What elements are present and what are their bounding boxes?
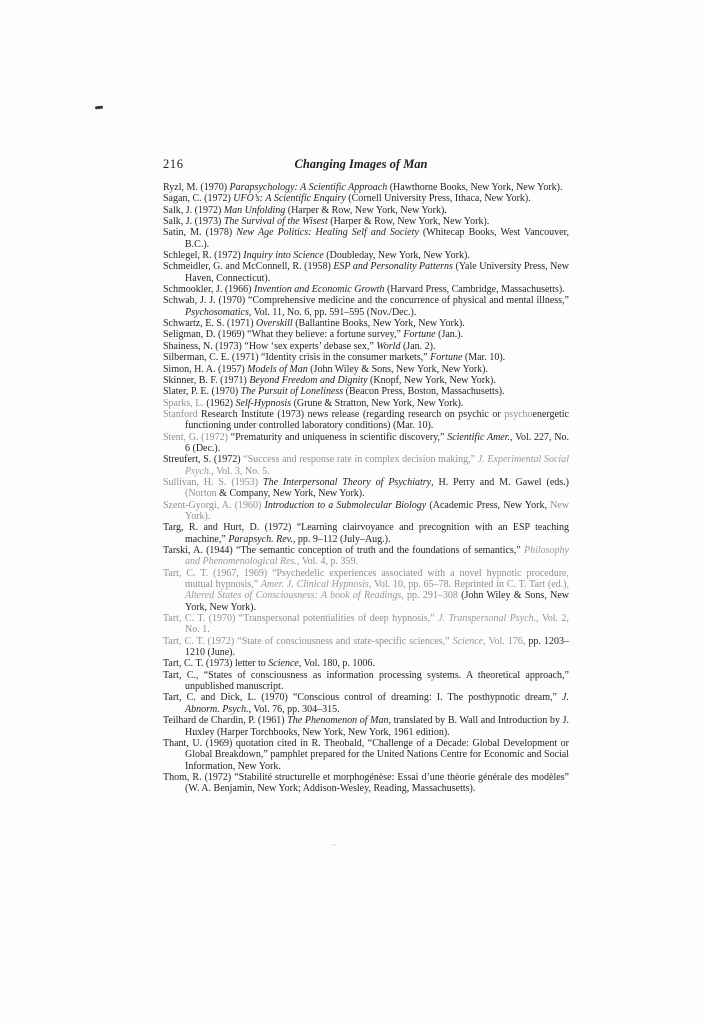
reference-text-segment: (John Wiley & Sons, New York, New York). <box>308 364 488 375</box>
page-header: 216 Changing Images of Man <box>163 157 569 172</box>
scan-squiggle-mark: ~ <box>330 840 336 851</box>
reference-text-segment: J. Transpersonal Psych. <box>438 613 536 624</box>
reference-text-segment: Thant, U. (1969) quotation cited in R. T… <box>163 738 569 772</box>
reference-entry: Tart, C. T. (1970) “Transpersonal potent… <box>163 613 569 636</box>
scan-smudge-mark <box>95 106 103 109</box>
reference-entry: Stent, G. (1972) “Prematurity and unique… <box>163 432 569 455</box>
reference-text-segment: Schmookler, J. (1966) <box>163 284 254 295</box>
reference-text-segment: Tart, C., “States of consciousness as in… <box>163 670 569 692</box>
reference-text-segment: Schlegel, R. (1972) <box>163 250 243 261</box>
reference-text-segment: (Beacon Press, Boston, Massachusetts). <box>343 386 504 397</box>
reference-entry: Teilhard de Chardin, P. (1961) The Pheno… <box>163 715 569 738</box>
reference-text-segment: Salk, J. (1973) <box>163 216 224 227</box>
reference-entry: Tart, C., “States of consciousness as in… <box>163 670 569 693</box>
running-title: Changing Images of Man <box>203 157 519 172</box>
reference-entry: Tart, C. and Dick, L. (1970) “Conscious … <box>163 692 569 715</box>
reference-text-segment: Schwartz, E. S. (1971) <box>163 318 256 329</box>
reference-text-segment: New Age Politics: Healing Self and Socie… <box>236 227 419 238</box>
reference-entry: Ryzl, M. (1970) Parapsychology: A Scient… <box>163 182 569 193</box>
page-number: 216 <box>163 157 184 172</box>
reference-text-segment: Parapsych. Rev. <box>228 534 293 545</box>
reference-text-segment: (Norton <box>185 488 219 499</box>
reference-text-segment: Schwab, J. J. (1970) “Comprehensive medi… <box>163 295 569 306</box>
reference-entry: Streufert, S. (1972) “Success and respon… <box>163 454 569 477</box>
reference-text-segment: The Survival of the Wisest <box>224 216 328 227</box>
reference-text-segment: , H. Perry and M. Gawel (eds.) <box>431 477 569 488</box>
reference-text-segment: Stanford <box>163 409 201 420</box>
reference-text-segment: Models of Man <box>247 364 308 375</box>
reference-text-segment: Teilhard de Chardin, P. (1961) <box>163 715 287 726</box>
reference-text-segment: World <box>376 341 400 352</box>
reference-text-segment: (Harper & Row, New York, New York). <box>328 216 490 227</box>
reference-entry: Schmookler, J. (1966) Invention and Econ… <box>163 284 569 295</box>
reference-text-segment: Thom, R. (1972) “Stabilité structurelle … <box>163 772 569 794</box>
reference-entry: Skinner, B. F. (1971) Beyond Freedom and… <box>163 375 569 386</box>
reference-text-segment: Szent-Gyorgi, A. (1960) <box>163 500 265 511</box>
reference-text-segment: ESP and Personality Patterns <box>333 261 453 272</box>
reference-entry: Schwartz, E. S. (1971) Overskill (Ballan… <box>163 318 569 329</box>
reference-text-segment: Tart, C. T. (1973) letter to <box>163 658 268 669</box>
reference-entry: Thant, U. (1969) quotation cited in R. T… <box>163 738 569 772</box>
reference-list: Ryzl, M. (1970) Parapsychology: A Scient… <box>163 182 569 795</box>
reference-text-segment: Silberman, C. E. (1971) “Identity crisis… <box>163 352 430 363</box>
reference-text-segment: , Vol. 3, No. 5. <box>211 466 269 477</box>
reference-text-segment: , Vol. 11, No. 6, pp. 591–595 (Nov./Dec.… <box>249 307 417 318</box>
reference-text-segment: (Jan. 2). <box>400 341 435 352</box>
reference-text-segment: Introduction to a Submolecular Biology <box>265 500 427 511</box>
reference-text-segment: Beyond Freedom and Dignity <box>249 375 367 386</box>
reference-text-segment: Schmeidler, G. and McConnell, R. (1958) <box>163 261 333 272</box>
reference-text-segment: & Company, New York, New York). <box>219 488 364 499</box>
reference-text-segment: Science <box>453 636 484 647</box>
reference-text-segment: Simon, H. A. (1957) <box>163 364 247 375</box>
page-content: 216 Changing Images of Man Ryzl, M. (197… <box>163 157 569 795</box>
reference-text-segment: Ryzl, M. (1970) <box>163 182 230 193</box>
book-page-scan: 216 Changing Images of Man Ryzl, M. (197… <box>0 0 702 1024</box>
reference-text-segment: Self-Hypnosis <box>236 398 292 409</box>
reference-text-segment: Man Unfolding <box>224 205 285 216</box>
reference-text-segment: Salk, J. (1972) <box>163 205 224 216</box>
reference-text-segment: (Ballantine Books, New York, New York). <box>293 318 465 329</box>
reference-text-segment: Inquiry into Science <box>243 250 324 261</box>
reference-text-segment: Shainess, N. (1973) “How ‘sex experts’ d… <box>163 341 376 352</box>
reference-text-segment: Psychosomatics <box>185 307 249 318</box>
reference-text-segment: , pp. 9–112 (July–Aug.). <box>293 534 391 545</box>
reference-text-segment: Sparks, L. <box>163 398 206 409</box>
reference-text-segment: Skinner, B. F. (1971) <box>163 375 249 386</box>
reference-text-segment: psycho <box>504 409 532 420</box>
reference-entry: Sparks, L. (1962) Self-Hypnosis (Grune &… <box>163 398 569 409</box>
reference-text-segment: “Prematurity and uniqueness in scientifi… <box>231 432 448 443</box>
reference-text-segment: “Success and response rate in complex de… <box>243 454 478 465</box>
reference-entry: Tarski, A. (1944) “The semantic concepti… <box>163 545 569 568</box>
reference-entry: Shainess, N. (1973) “How ‘sex experts’ d… <box>163 341 569 352</box>
reference-text-segment: , pp. 291–308 <box>401 590 461 601</box>
reference-text-segment: Streufert, S. (1972) <box>163 454 243 465</box>
reference-text-segment: Amer. J. Clinical Hypnosis <box>261 579 369 590</box>
reference-text-segment: Tarski, A. (1944) “The semantic concepti… <box>163 545 524 556</box>
reference-text-segment: (Grune & Stratton, New York, New York). <box>291 398 463 409</box>
reference-text-segment: The Interpersonal Theory of Psychiatry <box>263 477 431 488</box>
reference-text-segment: , Vol. 180, p. 1006. <box>299 658 375 669</box>
reference-text-segment: Fortune <box>430 352 462 363</box>
reference-entry: Salk, J. (1973) The Survival of the Wise… <box>163 216 569 227</box>
reference-entry: Salk, J. (1972) Man Unfolding (Harper & … <box>163 205 569 216</box>
reference-entry: Tart, C. T. (1972) “State of consciousne… <box>163 636 569 659</box>
reference-text-segment: Satin, M. (1978) <box>163 227 236 238</box>
reference-text-segment: (Academic Press, New York, <box>426 500 550 511</box>
reference-text-segment: (Mar. 10). <box>462 352 505 363</box>
reference-text-segment: The Pursuit of Loneliness <box>241 386 344 397</box>
reference-text-segment: Science <box>268 658 299 669</box>
reference-entry: Targ, R. and Hurt, D. (1972) “Learning c… <box>163 522 569 545</box>
reference-text-segment: Sullivan, H. S. (1953) <box>163 477 263 488</box>
reference-text-segment: (Doubleday, New York, New York). <box>324 250 470 261</box>
reference-text-segment: Fortune <box>403 329 435 340</box>
reference-text-segment: (Jan.). <box>436 329 464 340</box>
reference-entry: Szent-Gyorgi, A. (1960) Introduction to … <box>163 500 569 523</box>
reference-text-segment: , Vol. 176, <box>483 636 528 647</box>
reference-entry: Sullivan, H. S. (1953) The Interpersonal… <box>163 477 569 500</box>
reference-text-segment: (Cornell University Press, Ithaca, New Y… <box>346 193 531 204</box>
reference-text-segment: (Knopf, New York, New York). <box>368 375 496 386</box>
reference-entry: Sagan, C. (1972) UFO’s: A Scientific Enq… <box>163 193 569 204</box>
reference-text-segment: Tart, C. T. (1970) “Transpersonal potent… <box>163 613 438 624</box>
reference-text-segment: , Vol. 76, pp. 304–315. <box>249 704 340 715</box>
reference-text-segment: Research Institute (1973) news release (… <box>201 409 504 420</box>
reference-text-segment: , Vol. 10, pp. 65–78. Reprinted in C. T.… <box>369 579 569 590</box>
reference-entry: Simon, H. A. (1957) Models of Man (John … <box>163 364 569 375</box>
reference-text-segment: (Harvard Press, Cambridge, Massachusetts… <box>384 284 564 295</box>
reference-text-segment: (Hawthorne Books, New York, New York). <box>387 182 562 193</box>
reference-entry: Thom, R. (1972) “Stabilité structurelle … <box>163 772 569 795</box>
reference-entry: Schwab, J. J. (1970) “Comprehensive medi… <box>163 295 569 318</box>
reference-text-segment: The Phenomenon of Man <box>287 715 388 726</box>
reference-entry: Seligman, D. (1969) “What they believe: … <box>163 329 569 340</box>
reference-entry: Satin, M. (1978) New Age Politics: Heali… <box>163 227 569 250</box>
reference-entry: Slater, P. E. (1970) The Pursuit of Lone… <box>163 386 569 397</box>
reference-text-segment: (Harper & Row, New York, New York). <box>285 205 447 216</box>
reference-entry: Tart, C. T. (1973) letter to Science, Vo… <box>163 658 569 669</box>
reference-text-segment: Overskill <box>256 318 293 329</box>
reference-text-segment: Invention and Economic Growth <box>254 284 384 295</box>
reference-text-segment: Parapsychology: A Scientific Approach <box>230 182 388 193</box>
reference-entry: Tart, C. T. (1967, 1969) “Psychedelic ex… <box>163 568 569 613</box>
reference-text-segment: Tart, C. and Dick, L. (1970) “Conscious … <box>163 692 562 703</box>
reference-text-segment: Scientific Amer. <box>447 432 510 443</box>
reference-text-segment: , Vol. 4, p. 359. <box>297 556 358 567</box>
reference-text-segment: Seligman, D. (1969) “What they believe: … <box>163 329 403 340</box>
reference-entry: Schmeidler, G. and McConnell, R. (1958) … <box>163 261 569 284</box>
reference-text-segment: Slater, P. E. (1970) <box>163 386 241 397</box>
reference-text-segment: Stent, G. (1972) <box>163 432 231 443</box>
reference-text-segment: UFO’s: A Scientific Enquiry <box>233 193 346 204</box>
reference-entry: Stanford Research Institute (1973) news … <box>163 409 569 432</box>
reference-entry: Silberman, C. E. (1971) “Identity crisis… <box>163 352 569 363</box>
reference-text-segment: Tart, C. T. (1972) “State of consciousne… <box>163 636 453 647</box>
reference-text-segment: Sagan, C. (1972) <box>163 193 233 204</box>
reference-text-segment: (1962) <box>206 398 235 409</box>
reference-entry: Schlegel, R. (1972) Inquiry into Science… <box>163 250 569 261</box>
reference-text-segment: Altered States of Consciousness: A book … <box>185 590 401 601</box>
